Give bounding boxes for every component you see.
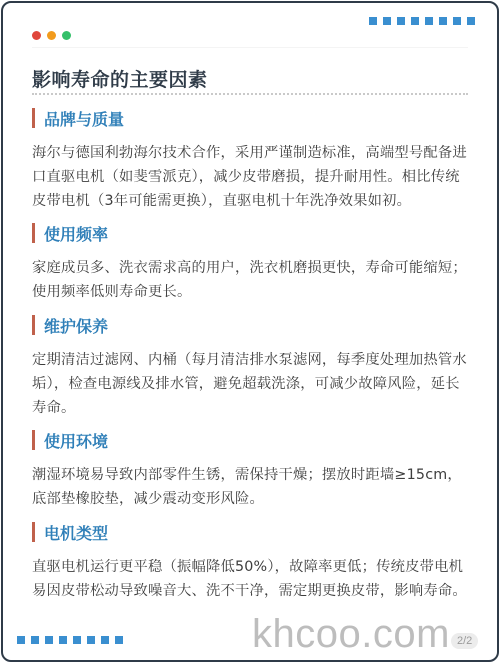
section-environment: 使用环境 潮湿环境易导致内部零件生锈，需保持干燥；摆放时距墙≥15cm，底部垫橡… — [32, 429, 471, 511]
section-heading: 使用环境 — [44, 429, 108, 452]
decor-squares-bottom — [17, 636, 123, 644]
square-icon — [45, 636, 53, 644]
minimize-dot-icon — [47, 31, 56, 40]
accent-bar — [32, 522, 35, 542]
square-icon — [17, 636, 25, 644]
section-maintenance: 维护保养 定期清洁过滤网、内桶（每月清洁排水泵滤网，每季度处理加热管水垢），检查… — [32, 314, 471, 420]
close-dot-icon — [32, 31, 41, 40]
section-body: 定期清洁过滤网、内桶（每月清洁排水泵滤网，每季度处理加热管水垢），检查电源线及排… — [32, 348, 471, 420]
section-heading: 使用频率 — [44, 222, 108, 245]
decor-squares-top — [369, 17, 475, 25]
square-icon — [439, 17, 447, 25]
square-icon — [73, 636, 81, 644]
square-icon — [397, 17, 405, 25]
page-indicator: 2/2 — [451, 633, 478, 649]
section-usage-frequency: 使用频率 家庭成员多、洗衣需求高的用户，洗衣机磨损更快，寿命可能缩短；使用频率低… — [32, 222, 471, 304]
square-icon — [59, 636, 67, 644]
section-brand-quality: 品牌与质量 海尔与德国利勃海尔技术合作，采用严谨制造标准，高端型号配备进口直驱电… — [32, 107, 471, 213]
square-icon — [411, 17, 419, 25]
window-controls — [32, 31, 71, 40]
info-card: 影响寿命的主要因素 品牌与质量 海尔与德国利勃海尔技术合作，采用严谨制造标准，高… — [1, 1, 499, 662]
watermark: khcoo.com — [252, 612, 450, 657]
section-heading: 维护保养 — [44, 314, 108, 337]
section-body: 直驱电机运行更平稳（振幅降低50%），故障率更低；传统皮带电机易因皮带松动导致噪… — [32, 555, 471, 603]
section-body: 家庭成员多、洗衣需求高的用户，洗衣机磨损更快，寿命可能缩短；使用频率低则寿命更长… — [32, 256, 471, 304]
maximize-dot-icon — [62, 31, 71, 40]
square-icon — [467, 17, 475, 25]
header-divider — [32, 47, 468, 48]
square-icon — [31, 636, 39, 644]
section-body: 潮湿环境易导致内部零件生锈，需保持干燥；摆放时距墙≥15cm，底部垫橡胶垫，减少… — [32, 463, 471, 511]
title-underline — [32, 93, 468, 95]
section-heading: 电机类型 — [44, 521, 108, 544]
section-motor-type: 电机类型 直驱电机运行更平稳（振幅降低50%），故障率更低；传统皮带电机易因皮带… — [32, 521, 471, 603]
square-icon — [101, 636, 109, 644]
square-icon — [453, 17, 461, 25]
accent-bar — [32, 108, 35, 128]
accent-bar — [32, 430, 35, 450]
section-heading: 品牌与质量 — [44, 107, 124, 130]
square-icon — [425, 17, 433, 25]
page-title: 影响寿命的主要因素 — [32, 65, 208, 92]
square-icon — [369, 17, 377, 25]
accent-bar — [32, 315, 35, 335]
square-icon — [87, 636, 95, 644]
section-body: 海尔与德国利勃海尔技术合作，采用严谨制造标准，高端型号配备进口直驱电机（如斐雪派… — [32, 141, 471, 213]
accent-bar — [32, 223, 35, 243]
square-icon — [115, 636, 123, 644]
square-icon — [383, 17, 391, 25]
